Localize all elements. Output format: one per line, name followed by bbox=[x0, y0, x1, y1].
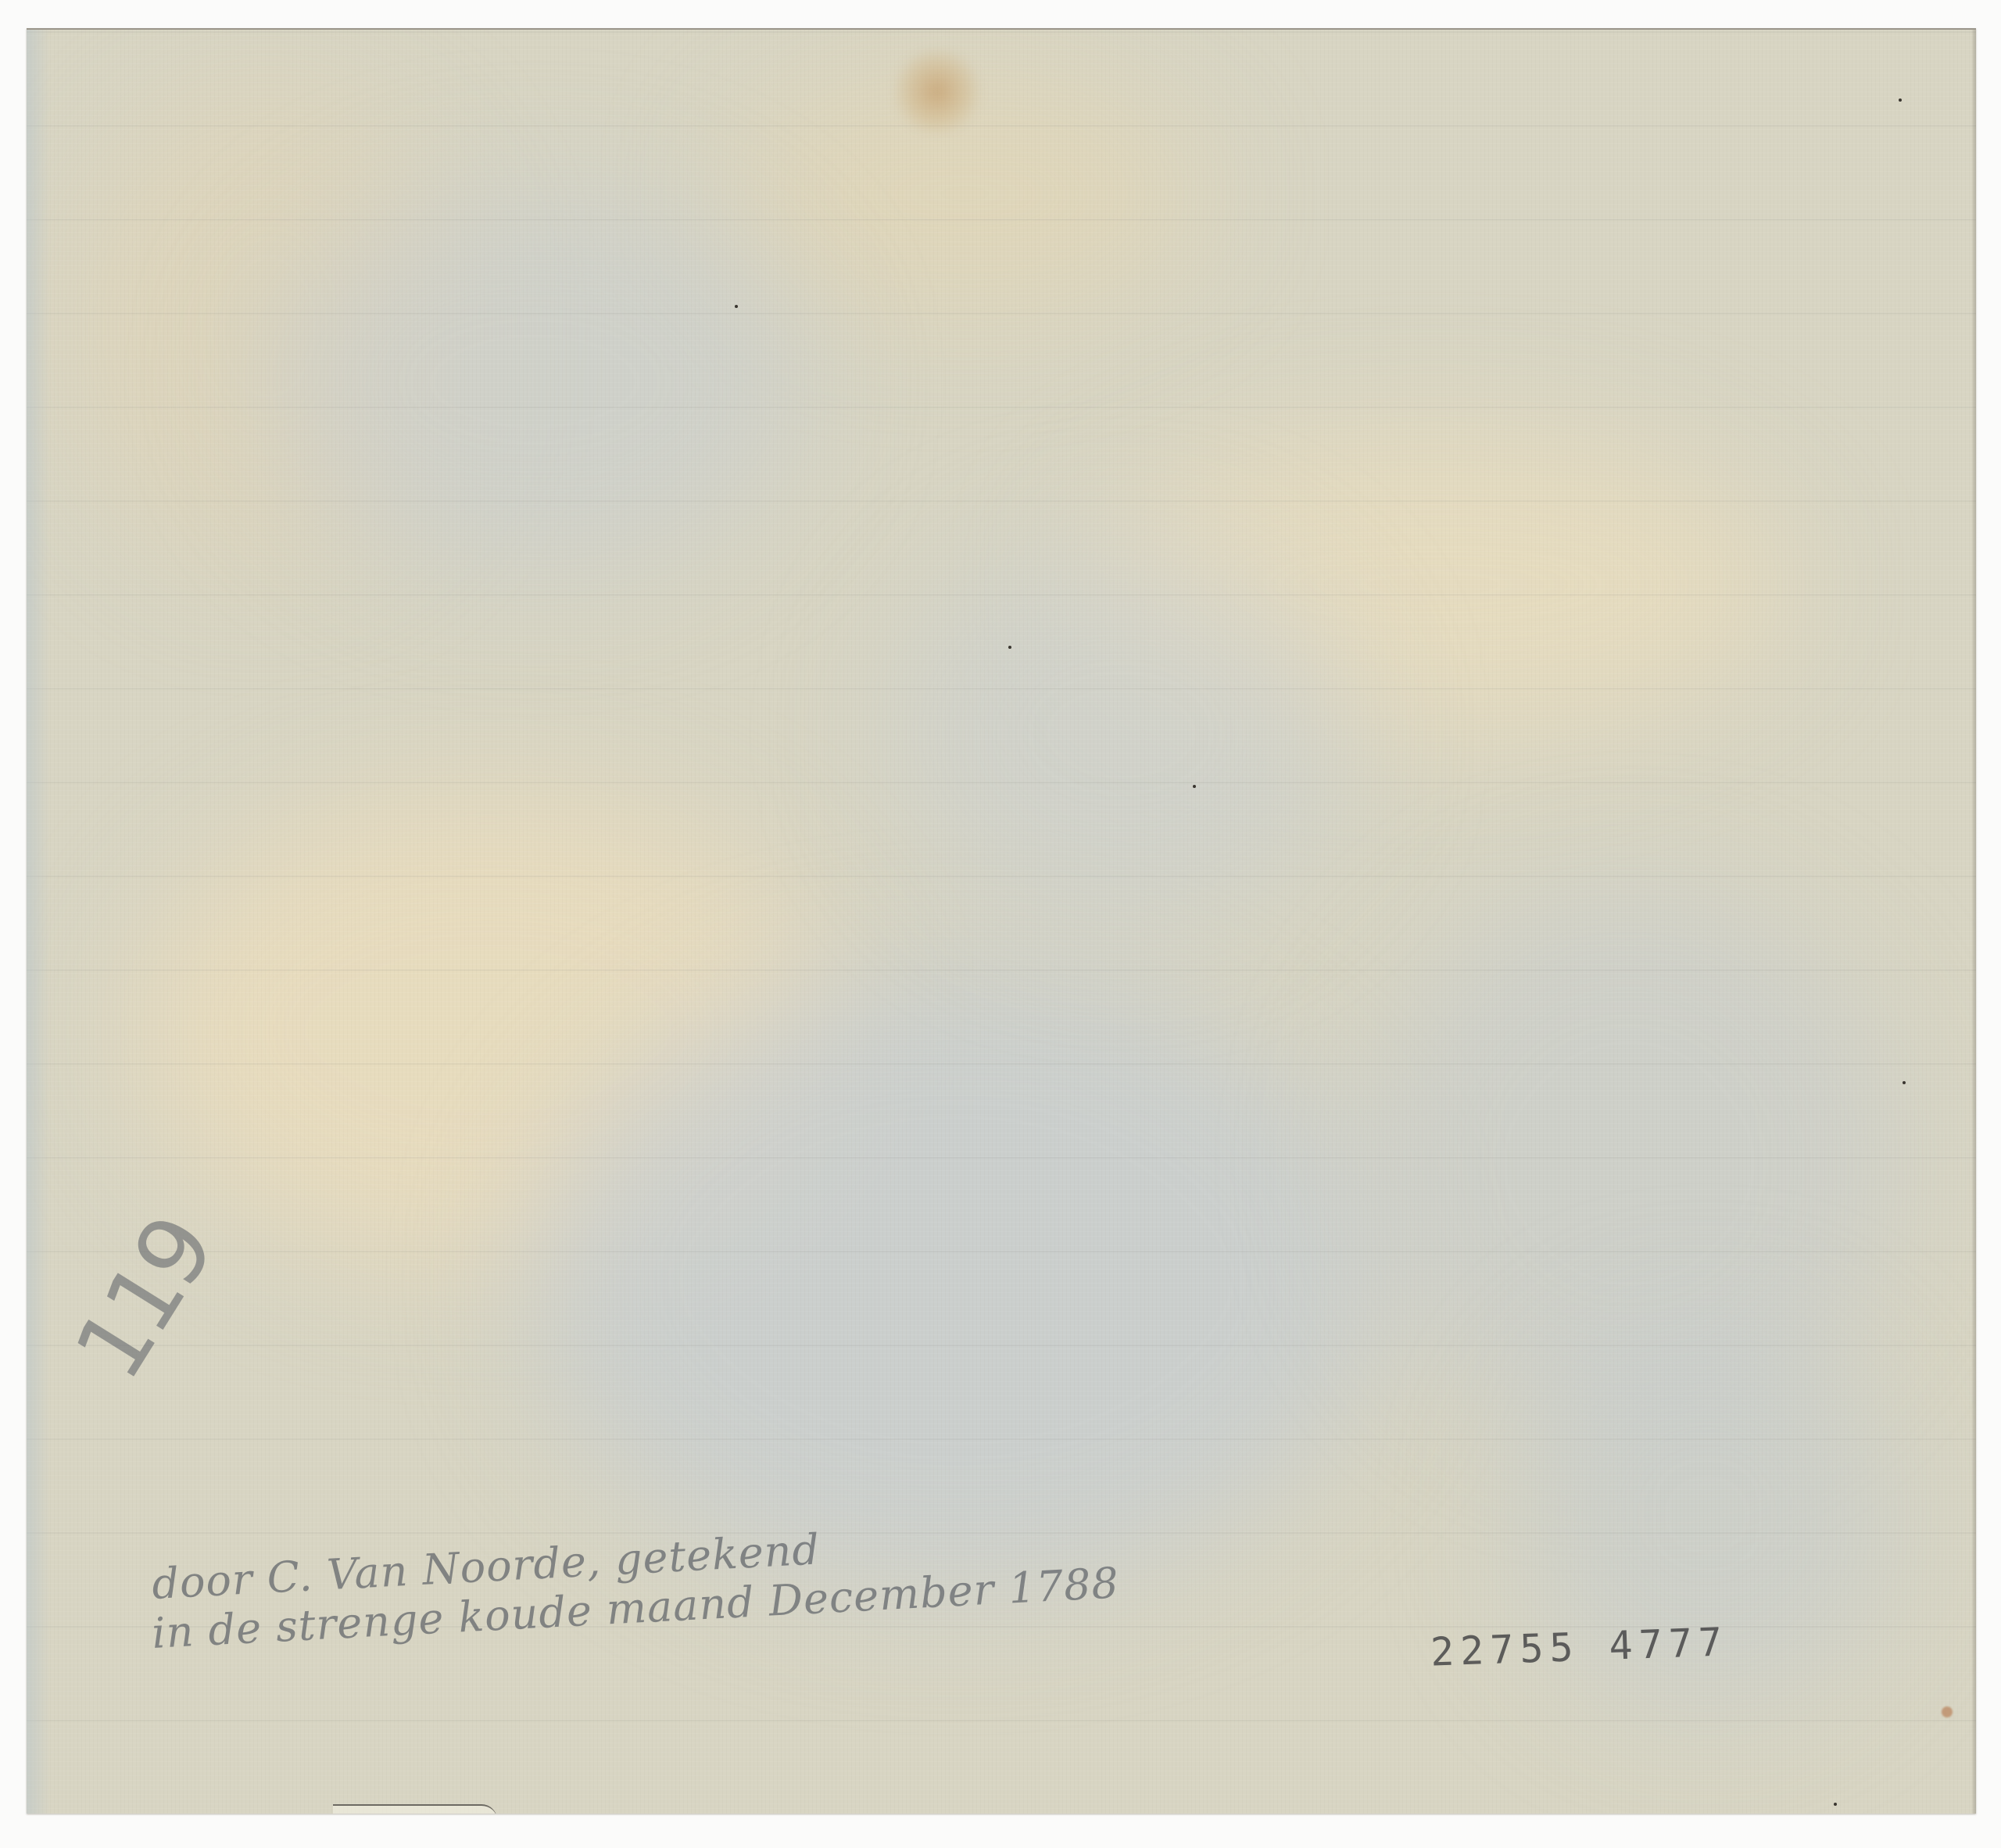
age-tone-patch bbox=[136, 796, 839, 1265]
foxing-stain bbox=[894, 48, 980, 134]
speck bbox=[735, 305, 738, 308]
foxing-spot bbox=[1942, 1707, 1953, 1717]
left-edge-tint bbox=[27, 30, 50, 1814]
speck bbox=[1193, 785, 1196, 788]
speck bbox=[1899, 98, 1902, 102]
paper-tear-crease bbox=[333, 1804, 497, 1814]
right-edge-shadow bbox=[1971, 30, 1976, 1814]
paper-sheet bbox=[27, 28, 1976, 1814]
age-tone-patch bbox=[1082, 436, 1785, 733]
speck bbox=[1834, 1803, 1837, 1806]
ink-show-through bbox=[527, 968, 1387, 1593]
ink-show-through bbox=[886, 538, 1355, 929]
ink-show-through bbox=[1355, 890, 1903, 1437]
speck bbox=[1903, 1081, 1906, 1084]
age-tone-patch bbox=[73, 92, 464, 561]
speck bbox=[1008, 646, 1011, 649]
paper-texture bbox=[27, 30, 1976, 1814]
ink-show-through bbox=[261, 186, 808, 577]
